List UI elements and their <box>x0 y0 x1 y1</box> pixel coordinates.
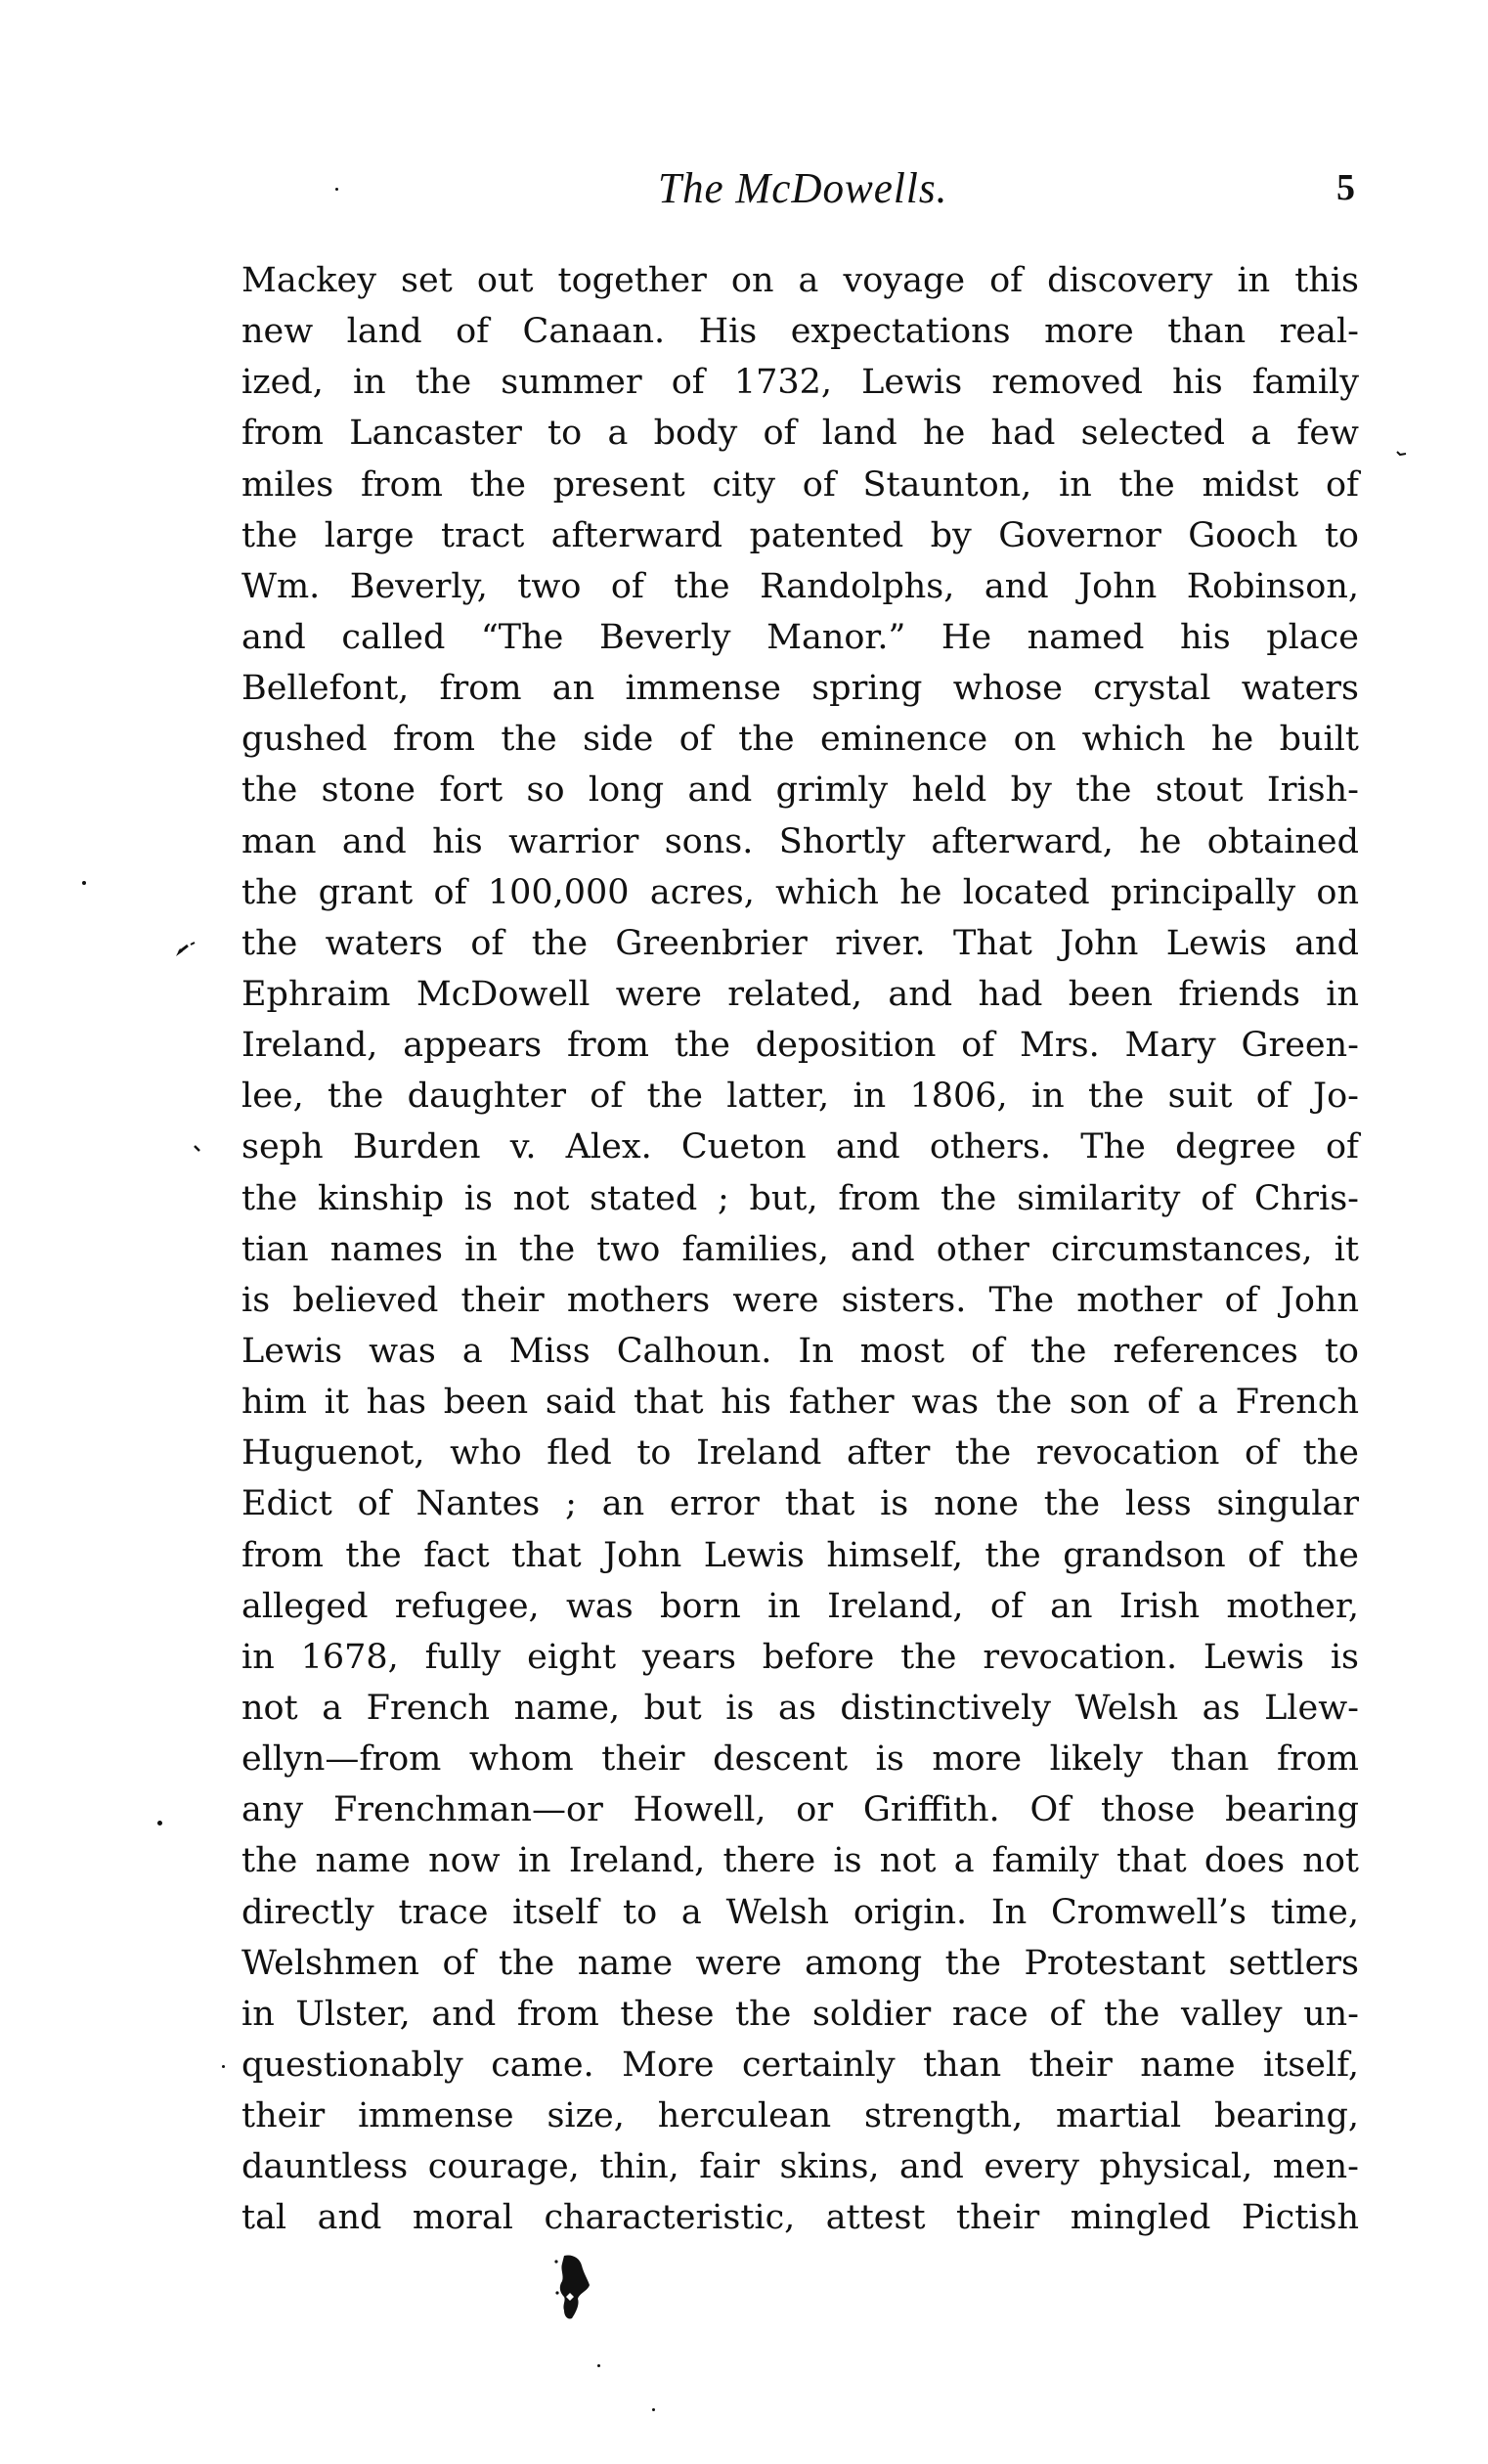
text-line: the large tract afterward patented by Go… <box>241 510 1359 561</box>
margin-tick-icon <box>193 1144 202 1154</box>
text-line: miles from the present city of Staunton,… <box>241 460 1359 510</box>
text-line: is believed their mothers were sisters. … <box>241 1275 1359 1326</box>
text-line: the stone fort so long and grimly held b… <box>241 765 1359 815</box>
scan-speck <box>82 881 86 885</box>
scan-speck <box>335 188 338 191</box>
text-line: gushed from the side of the eminence on … <box>241 714 1359 765</box>
margin-arrow-icon <box>174 937 197 958</box>
text-line: Mackey set out together on a voyage of d… <box>241 255 1359 306</box>
text-line: the waters of the Greenbrier river. That… <box>241 918 1359 969</box>
book-page: The McDowells. 5 Mackey set out together… <box>0 0 1488 2464</box>
body-paragraph: Mackey set out together on a voyage of d… <box>241 255 1359 2243</box>
running-head: The McDowells. <box>658 164 947 213</box>
text-line: lee, the daughter of the latter, in 1806… <box>241 1071 1359 1122</box>
text-line: their immense size, herculean strength, … <box>241 2090 1359 2141</box>
text-line: directly trace itself to a Welsh origin.… <box>241 1887 1359 1938</box>
text-line: man and his warrior sons. Shortly afterw… <box>241 816 1359 867</box>
ink-blot-icon <box>554 2254 595 2322</box>
scan-speck <box>597 2364 600 2367</box>
text-line: Ireland, appears from the deposition of … <box>241 1020 1359 1071</box>
text-line: any Frenchman—or Howell, or Griffith. Of… <box>241 1784 1359 1835</box>
text-line: Ephraim McDowell were related, and had b… <box>241 969 1359 1020</box>
page-number: 5 <box>1336 166 1355 209</box>
text-line: questionably came. More certainly than t… <box>241 2040 1359 2090</box>
text-line: not a French name, but is as distinctive… <box>241 1683 1359 1734</box>
text-line: new land of Canaan. His expectations mor… <box>241 306 1359 357</box>
text-line: him it has been said that his father was… <box>241 1377 1359 1428</box>
text-line: Edict of Nantes ; an error that is none … <box>241 1478 1359 1529</box>
text-line: Lewis was a Miss Calhoun. In most of the… <box>241 1326 1359 1377</box>
text-line: dauntless courage, thin, fair skins, and… <box>241 2141 1359 2192</box>
text-line: Huguenot, who fled to Ireland after the … <box>241 1428 1359 1478</box>
text-line: seph Burden v. Alex. Cueton and others. … <box>241 1122 1359 1172</box>
text-line: in 1678, fully eight years before the re… <box>241 1632 1359 1683</box>
text-line: Bellefont, from an immense spring whose … <box>241 663 1359 714</box>
margin-tick-icon <box>1396 450 1408 458</box>
text-line: from the fact that John Lewis himself, t… <box>241 1530 1359 1581</box>
scan-speck <box>157 1821 162 1826</box>
text-line: alleged refugee, was born in Ireland, of… <box>241 1581 1359 1632</box>
text-line: the grant of 100,000 acres, which he loc… <box>241 867 1359 918</box>
text-line: ized, in the summer of 1732, Lewis remov… <box>241 357 1359 408</box>
text-line: the kinship is not stated ; but, from th… <box>241 1173 1359 1224</box>
text-line: ellyn—from whom their descent is more li… <box>241 1734 1359 1784</box>
text-line: Welshmen of the name were among the Prot… <box>241 1938 1359 1989</box>
text-line: and called “The Beverly Manor.” He named… <box>241 612 1359 663</box>
text-line: in Ulster, and from these the soldier ra… <box>241 1989 1359 2040</box>
text-line: tal and moral characteristic, attest the… <box>241 2192 1359 2243</box>
text-line: tian names in the two families, and othe… <box>241 1224 1359 1275</box>
scan-speck <box>222 2065 225 2068</box>
text-line: from Lancaster to a body of land he had … <box>241 408 1359 459</box>
text-line: the name now in Ireland, there is not a … <box>241 1835 1359 1886</box>
scan-speck <box>652 2408 655 2411</box>
text-line: Wm. Beverly, two of the Randolphs, and J… <box>241 561 1359 612</box>
